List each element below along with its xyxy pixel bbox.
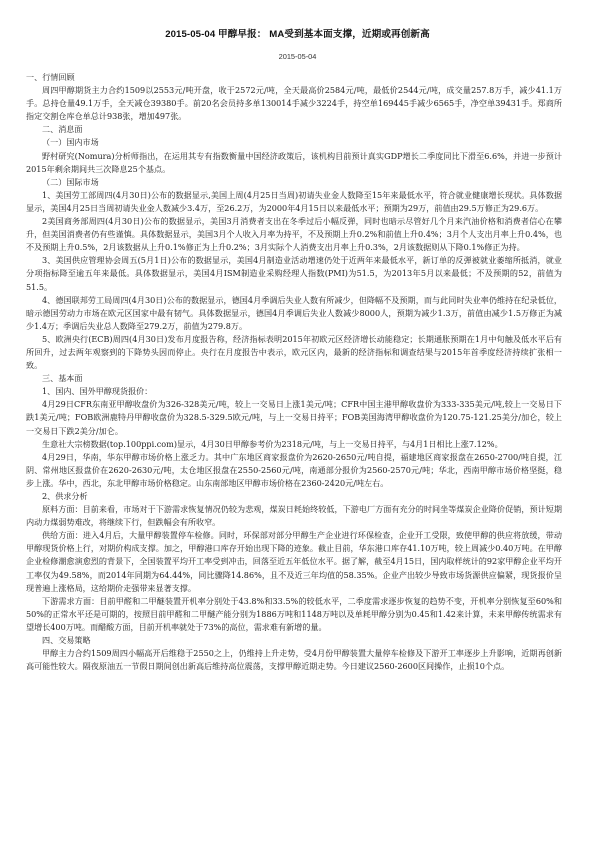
paragraph-ecb: 5、欧洲央行(ECB)周四(4月30日)发布月度报告称，经济指标表明2015年初… xyxy=(26,333,562,372)
paragraph-germany-unemployment: 4、德国联邦劳工局周四(4月30日)公布的数据显示，德国4月季调后失业人数有所减… xyxy=(26,294,562,333)
subheading-spot-prices: 1、国内、国外甲醇现货报价： xyxy=(26,385,562,398)
paragraph-downstream-demand: 下游需求方面：目前甲醛和二甲醚装置开机率分别处于43.8%和33.5%的较低水平… xyxy=(26,595,562,634)
paragraph-100ppi: 生意社大宗榜数据(top.100ppi.com)显示，4月30日甲醇参考价为23… xyxy=(26,438,562,451)
document-title: 2015-05-04 甲醇早报： MA受到基本面支撑，近期或再创新高 xyxy=(0,26,595,40)
document-date: 2015-05-04 xyxy=(0,52,595,61)
paragraph-supply: 供给方面：进入4月后，大量甲醇装置停车检修。同时，环保部对部分甲醇生产企业进行环… xyxy=(26,529,562,594)
paragraph-market-review: 周四甲醇期货主力合约1509以2553元/吨开盘，收于2572元/吨，全天最高价… xyxy=(26,84,562,123)
paragraph-regional-prices: 4月29日，华南，华东甲醇市场价格上涨乏力。其中广东地区商家报盘价为2620-2… xyxy=(26,451,562,490)
subheading-domestic-market: （一）国内市场 xyxy=(26,136,562,149)
section-heading-news: 二、消息面 xyxy=(26,123,562,136)
section-heading-strategy: 四、交易策略 xyxy=(26,634,562,647)
section-heading-market-review: 一、行情回顾 xyxy=(26,71,562,84)
section-heading-fundamentals: 三、基本面 xyxy=(26,372,562,385)
paragraph-trading-strategy: 甲醇主力合约1509周四小幅高开后维稳于2550之上，仍维持上升走势，受4月份甲… xyxy=(26,647,562,673)
paragraph-nomura: 野村研究(Nomura)分析师指出，在运用其专有指数衡量中国经济政策后，该机构目… xyxy=(26,150,562,176)
paragraph-raw-materials: 原料方面：目前来看，市场对于下游需求恢复情况仍较为悲观，煤炭日耗始终较低，下游电… xyxy=(26,503,562,529)
paragraph-us-consumer: 2美国商务部周四(4月30日)公布的数据显示，美国3月消费者支出在冬季过后小幅反… xyxy=(26,215,562,254)
paragraph-us-jobless: 1、美国劳工部周四(4月30日)公布的数据显示,美国上周(4月25日当周)初请失… xyxy=(26,189,562,215)
paragraph-international-prices: 4月29日CFR东南亚甲醇收盘价为326-328美元/吨，较上一交易日上涨1美元… xyxy=(26,398,562,437)
subheading-international-market: （二）国际市场 xyxy=(26,176,562,189)
paragraph-us-ism: 3、美国供应管理协会周五(5月1日)公布的数据显示，美国4月制造业活动增速仍处于… xyxy=(26,254,562,293)
document-body: 一、行情回顾 周四甲醇期货主力合约1509以2553元/吨开盘，收于2572元/… xyxy=(26,71,562,673)
subheading-supply-demand: 2、供求分析 xyxy=(26,490,562,503)
